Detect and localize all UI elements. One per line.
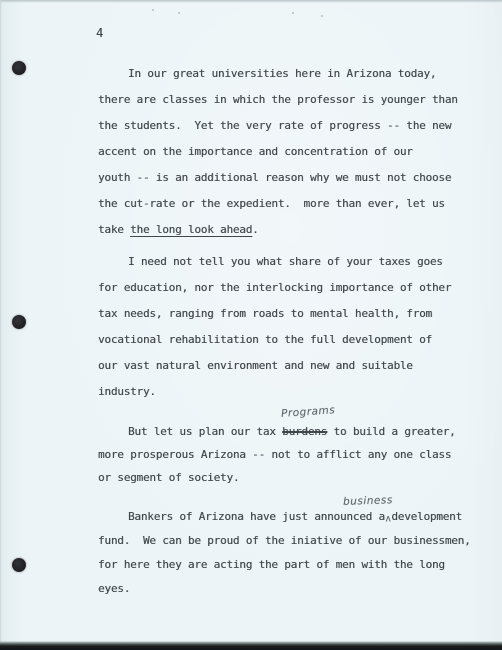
paragraph-bankers: Bankers of Arizona have just announced a… — [98, 505, 471, 601]
text-line: In our great universities here in Arizon… — [98, 61, 458, 87]
text-line: eyes. — [98, 577, 471, 601]
handwritten-annotation-programs: Programs — [281, 404, 336, 420]
paragraph-tax-plan: But let us plan our tax burdens to build… — [98, 420, 456, 489]
text-line: tax needs, ranging from roads to mental … — [98, 301, 451, 327]
underlined-phrase: the long look ahead — [130, 223, 252, 236]
text-line: fund. We can be proud of the iniative of… — [98, 529, 471, 553]
text-line: Bankers of Arizona have just announced a… — [98, 505, 471, 529]
text-line: industry. — [98, 379, 451, 405]
text-line: for here they are acting the part of men… — [98, 553, 471, 577]
text-line: there are classes in which the professor… — [98, 87, 458, 113]
text-line: for education, nor the interlocking impo… — [98, 275, 451, 301]
text-line: the students. Yet the very rate of progr… — [98, 113, 458, 139]
text-segment: to build a greater, — [327, 425, 455, 438]
text-segment: But let us plan our tax — [128, 425, 282, 438]
scan-edge-bottom — [0, 641, 502, 650]
text-line: accent on the importance and concentrati… — [98, 139, 458, 165]
paragraph-taxes: I need not tell you what share of your t… — [98, 249, 451, 405]
struck-word: burdens — [282, 425, 327, 438]
dust-speck — [321, 15, 323, 17]
text-segment: . — [252, 223, 258, 236]
text-line: youth -- is an additional reason why we … — [98, 165, 458, 191]
text-line: more prosperous Arizona -- not to afflic… — [98, 443, 456, 466]
page-number: 4 — [96, 26, 103, 40]
scanned-typewritten-page: 4 In our great universities here in Ariz… — [0, 0, 502, 650]
insertion-caret: ∧ — [385, 509, 391, 529]
text-line: or segment of society. — [98, 466, 456, 489]
scan-edge-top — [0, 0, 502, 3]
paragraph-universities: In our great universities here in Arizon… — [98, 61, 458, 243]
dust-speck — [152, 9, 154, 11]
text-line: the cut-rate or the expedient. more than… — [98, 191, 458, 217]
dust-speck — [178, 12, 180, 14]
text-line: our vast natural environment and new and… — [98, 353, 451, 379]
text-segment: take — [98, 223, 130, 236]
text-line: vocational rehabilitation to the full de… — [98, 327, 451, 353]
handwritten-annotation-business: business — [343, 494, 393, 508]
hole-punch-middle — [12, 315, 26, 329]
text-line: But let us plan our tax burdens to build… — [98, 420, 456, 443]
dust-speck — [292, 12, 294, 14]
text-line: I need not tell you what share of your t… — [98, 249, 451, 275]
scan-edge-left — [0, 0, 2, 650]
text-segment: development — [391, 510, 462, 523]
hole-punch-top — [12, 61, 26, 75]
text-segment: Bankers of Arizona have just announced a — [128, 510, 385, 523]
hole-punch-bottom — [12, 558, 26, 572]
text-line: take the long look ahead. — [98, 217, 458, 243]
